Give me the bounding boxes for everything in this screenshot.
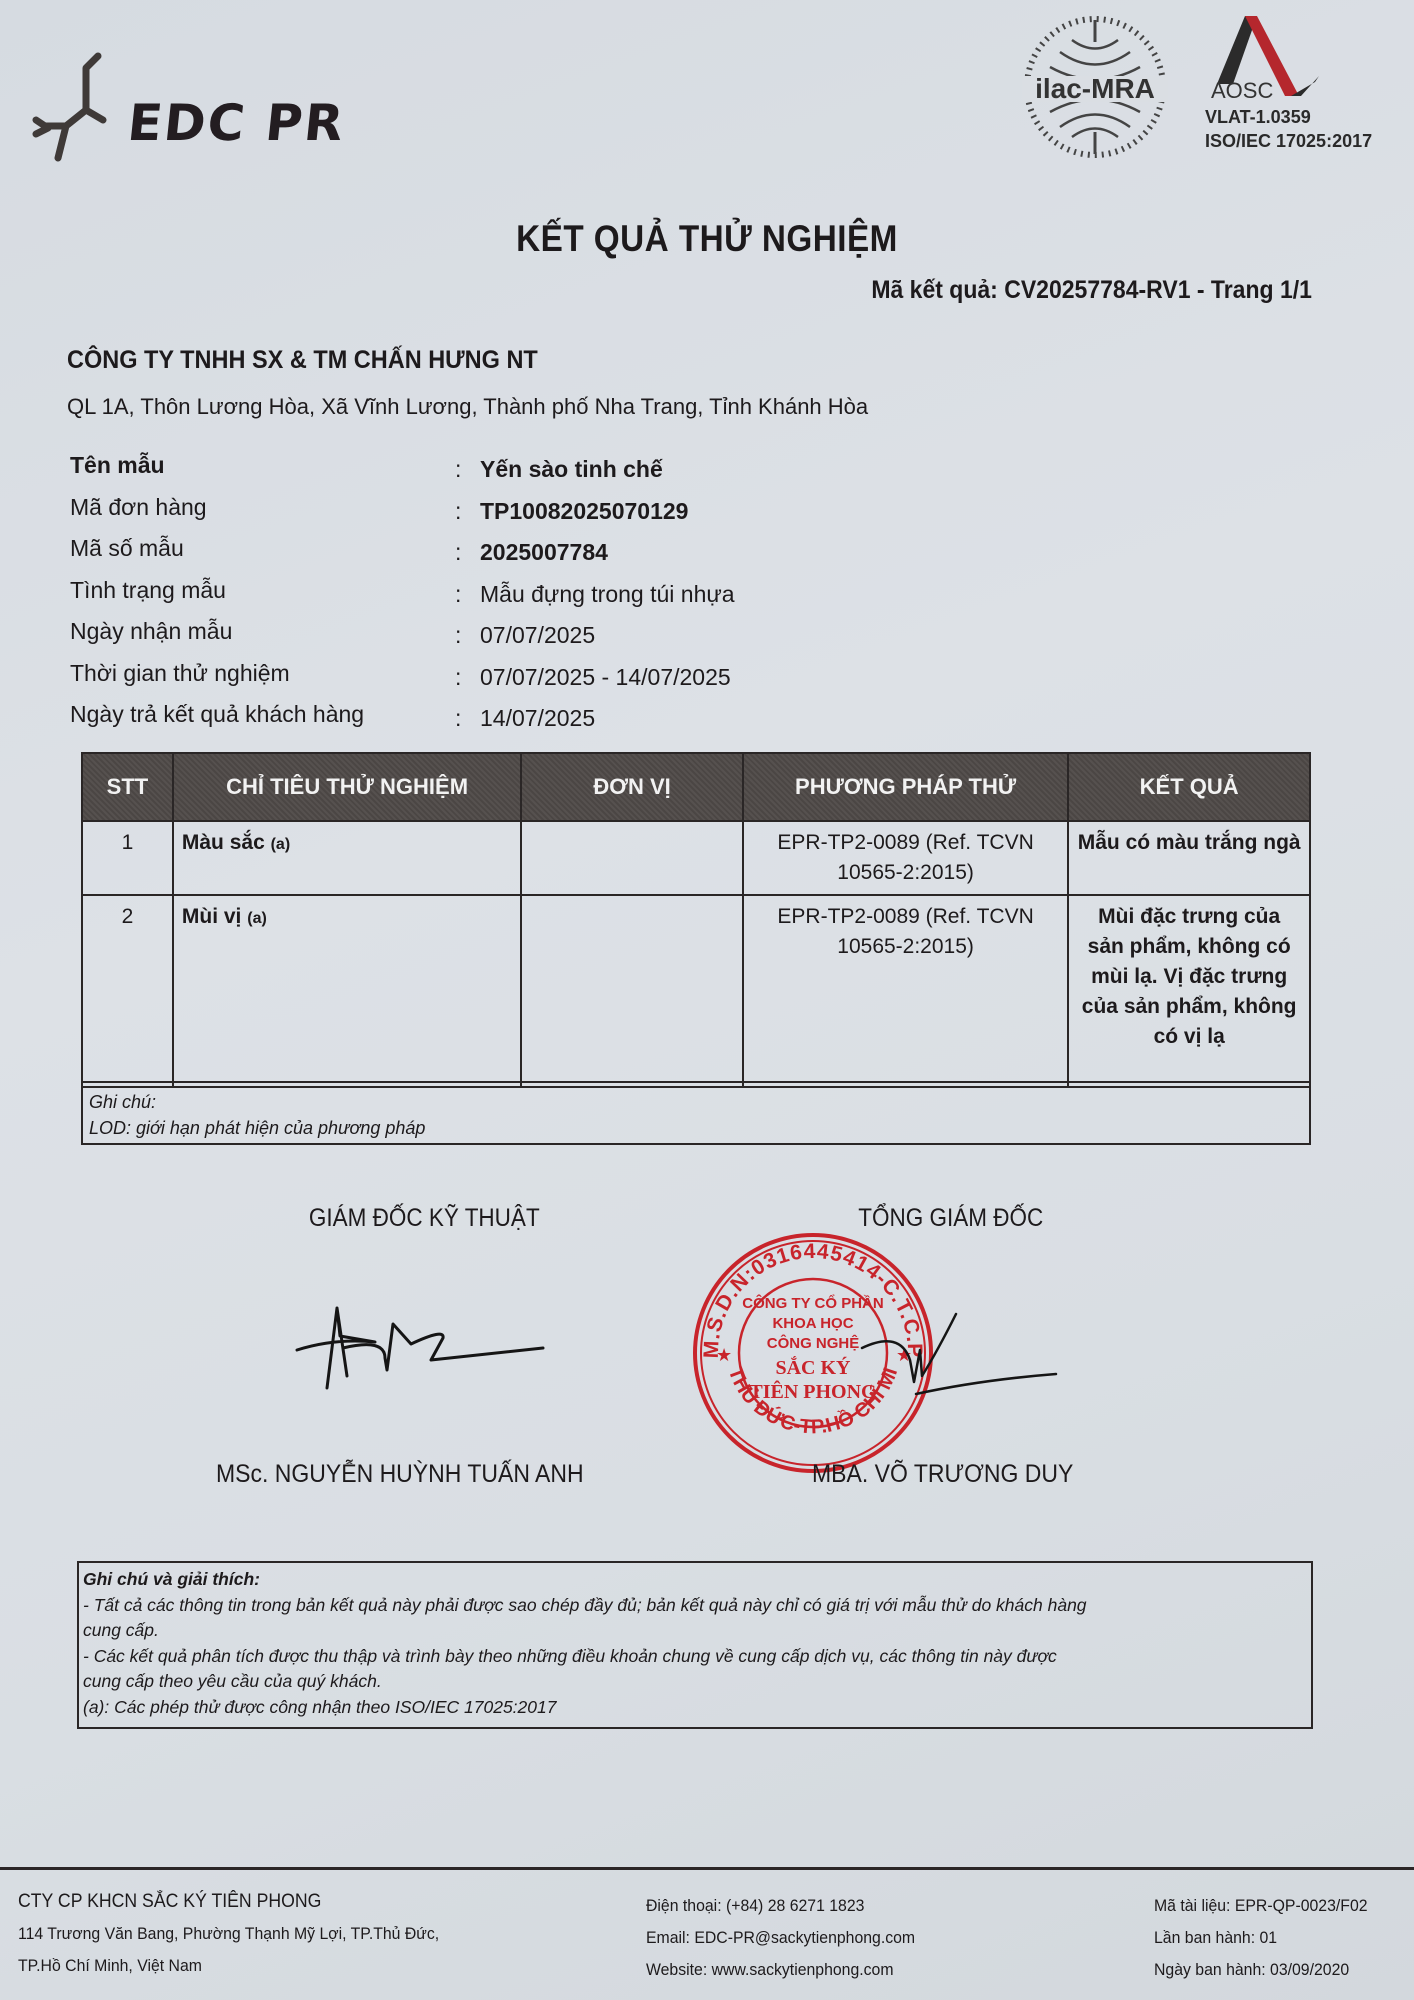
- info-value: 07/07/2025: [480, 622, 595, 649]
- info-label: Mã đơn hàng: [70, 494, 207, 521]
- footer-address-line: TP.Hồ Chí Minh, Việt Nam: [18, 1950, 439, 1982]
- footer-document-control: Mã tài liệu: EPR-QP-0023/F02 Lần ban hàn…: [1154, 1890, 1368, 1986]
- technical-director-title: GIÁM ĐỐC KỸ THUẬT: [309, 1204, 540, 1233]
- svg-text:CÔNG NGHỆ: CÔNG NGHỆ: [767, 1334, 860, 1352]
- accreditation-info: VLAT-1.0359 ISO/IEC 17025:2017: [1205, 105, 1372, 153]
- info-value: 07/07/2025 - 14/07/2025: [480, 664, 731, 691]
- column-header-test-criteria: CHỈ TIÊU THỬ NGHIỆM: [173, 753, 521, 821]
- cell-result: Mẫu có màu trắng ngà: [1068, 821, 1310, 895]
- footer-company-info: CTY CP KHCN SẮC KÝ TIÊN PHONG 114 Trương…: [18, 1886, 439, 1982]
- info-row-received-date: Ngày nhận mẫu : 07/07/2025: [70, 618, 870, 660]
- footer-contact: Điện thoại: (+84) 28 6271 1823 Email: ED…: [646, 1890, 915, 1986]
- cell-stt: 1: [82, 821, 173, 895]
- cell-stt: 2: [82, 895, 173, 1087]
- note-heading: Ghi chú:: [89, 1089, 1303, 1115]
- footer-email: Email: EDC-PR@sackytienphong.com: [646, 1922, 915, 1954]
- info-value: 2025007784: [480, 539, 608, 566]
- cell-unit: [521, 821, 743, 895]
- column-header-result: KẾT QUẢ: [1068, 753, 1310, 821]
- sample-info: Tên mẫu : Yến sào tinh chế Mã đơn hàng :…: [70, 452, 870, 743]
- general-director-signature: [860, 1310, 1060, 1430]
- info-value: TP10082025070129: [480, 498, 688, 525]
- footer-doc-code: Mã tài liệu: EPR-QP-0023/F02: [1154, 1890, 1368, 1922]
- svg-text:★: ★: [716, 1345, 732, 1365]
- molecule-logo-icon: [28, 48, 128, 168]
- info-label: Ngày trả kết quả khách hàng: [70, 701, 364, 728]
- info-row-sample-code: Mã số mẫu : 2025007784: [70, 535, 870, 577]
- footer-website: Website: www.sackytienphong.com: [646, 1954, 915, 1986]
- aosc-logo: AOSC: [1205, 12, 1325, 102]
- legal-notes-heading: Ghi chú và giải thích:: [83, 1567, 1307, 1593]
- note-text: LOD: giới hạn phát hiện của phương pháp: [89, 1115, 1303, 1141]
- info-label: Tình trạng mẫu: [70, 577, 226, 604]
- info-value: Yến sào tinh chế: [480, 456, 663, 483]
- legal-note-line: - Tất cả các thông tin trong bản kết quả…: [83, 1593, 1307, 1619]
- svg-text:ilac-MRA: ilac-MRA: [1035, 73, 1155, 104]
- footer-divider: [0, 1867, 1414, 1870]
- footer-company-name: CTY CP KHCN SẮC KÝ TIÊN PHONG: [18, 1886, 439, 1918]
- legal-note-line: cung cấp.: [83, 1618, 1307, 1644]
- edc-pr-logo: EDC PR: [28, 48, 428, 168]
- table-note: Ghi chú: LOD: giới hạn phát hiện của phư…: [81, 1081, 1311, 1145]
- cell-result: Mùi đặc trưng của sản phẩm, không có mùi…: [1068, 895, 1310, 1087]
- info-row-sample-condition: Tình trạng mẫu : Mẫu đựng trong túi nhựa: [70, 577, 870, 619]
- svg-text:KHOA HỌC: KHOA HỌC: [772, 1315, 853, 1332]
- footer-issue-no: Lần ban hành: 01: [1154, 1922, 1368, 1954]
- info-label: Tên mẫu: [70, 452, 165, 479]
- cell-method: EPR-TP2-0089 (Ref. TCVN 10565-2:2015): [743, 895, 1068, 1087]
- footer-phone: Điện thoại: (+84) 28 6271 1823: [646, 1890, 915, 1922]
- info-row-test-period: Thời gian thử nghiệm : 07/07/2025 - 14/0…: [70, 660, 870, 702]
- accreditation-code: VLAT-1.0359: [1205, 105, 1372, 129]
- technical-director-name: MSc. NGUYỄN HUỲNH TUẤN ANH: [216, 1460, 584, 1489]
- info-value: Mẫu đựng trong túi nhựa: [480, 581, 735, 608]
- info-label: Ngày nhận mẫu: [70, 618, 232, 645]
- results-table: STT CHỈ TIÊU THỬ NGHIỆM ĐƠN VỊ PHƯƠNG PH…: [81, 752, 1311, 1088]
- table-header-row: STT CHỈ TIÊU THỬ NGHIỆM ĐƠN VỊ PHƯƠNG PH…: [82, 753, 1310, 821]
- footer-address-line: 114 Trương Văn Bang, Phường Thạnh Mỹ Lợi…: [18, 1918, 439, 1950]
- legal-note-line: cung cấp theo yêu cầu của quý khách.: [83, 1669, 1307, 1695]
- document-title: KẾT QUẢ THỬ NGHIỆM: [71, 218, 1344, 260]
- general-director-name: MBA. VÕ TRƯƠNG DUY: [812, 1460, 1073, 1489]
- technical-director-signature: [295, 1298, 545, 1394]
- result-code: Mã kết quả: CV20257784-RV1 - Trang 1/1: [871, 276, 1312, 305]
- legal-note-line: (a): Các phép thử được công nhận theo IS…: [83, 1695, 1307, 1721]
- cell-method: EPR-TP2-0089 (Ref. TCVN 10565-2:2015): [743, 821, 1068, 895]
- customer-address: QL 1A, Thôn Lương Hòa, Xã Vĩnh Lương, Th…: [67, 394, 868, 420]
- ilac-mra-logo: ilac-MRA: [1020, 12, 1170, 162]
- info-row-return-date: Ngày trả kết quả khách hàng : 14/07/2025: [70, 701, 870, 743]
- info-value: 14/07/2025: [480, 705, 595, 732]
- cell-test-name: Màu sắc (a): [173, 821, 521, 895]
- footer-issue-date: Ngày ban hành: 03/09/2020: [1154, 1954, 1368, 1986]
- svg-text:TIÊN PHONG: TIÊN PHONG: [749, 1379, 877, 1403]
- info-label: Mã số mẫu: [70, 535, 184, 562]
- column-header-method: PHƯƠNG PHÁP THỬ: [743, 753, 1068, 821]
- cell-test-name: Mùi vị (a): [173, 895, 521, 1087]
- info-row-order-code: Mã đơn hàng : TP10082025070129: [70, 494, 870, 536]
- svg-text:AOSC: AOSC: [1211, 78, 1273, 102]
- table-row: 2 Mùi vị (a) EPR-TP2-0089 (Ref. TCVN 105…: [82, 895, 1310, 1087]
- cell-unit: [521, 895, 743, 1087]
- brand-name: EDC PR: [125, 94, 348, 152]
- customer-name: CÔNG TY TNHH SX & TM CHẤN HƯNG NT: [67, 346, 538, 375]
- column-header-stt: STT: [82, 753, 173, 821]
- column-header-unit: ĐƠN VỊ: [521, 753, 743, 821]
- info-row-sample-name: Tên mẫu : Yến sào tinh chế: [70, 452, 870, 494]
- legal-note-line: - Các kết quả phân tích được thu thập và…: [83, 1644, 1307, 1670]
- accreditation-standard: ISO/IEC 17025:2017: [1205, 129, 1372, 153]
- svg-text:SẮC KÝ: SẮC KÝ: [775, 1355, 851, 1379]
- info-label: Thời gian thử nghiệm: [70, 660, 290, 687]
- legal-notes: Ghi chú và giải thích: - Tất cả các thôn…: [77, 1561, 1313, 1729]
- table-row: 1 Màu sắc (a) EPR-TP2-0089 (Ref. TCVN 10…: [82, 821, 1310, 895]
